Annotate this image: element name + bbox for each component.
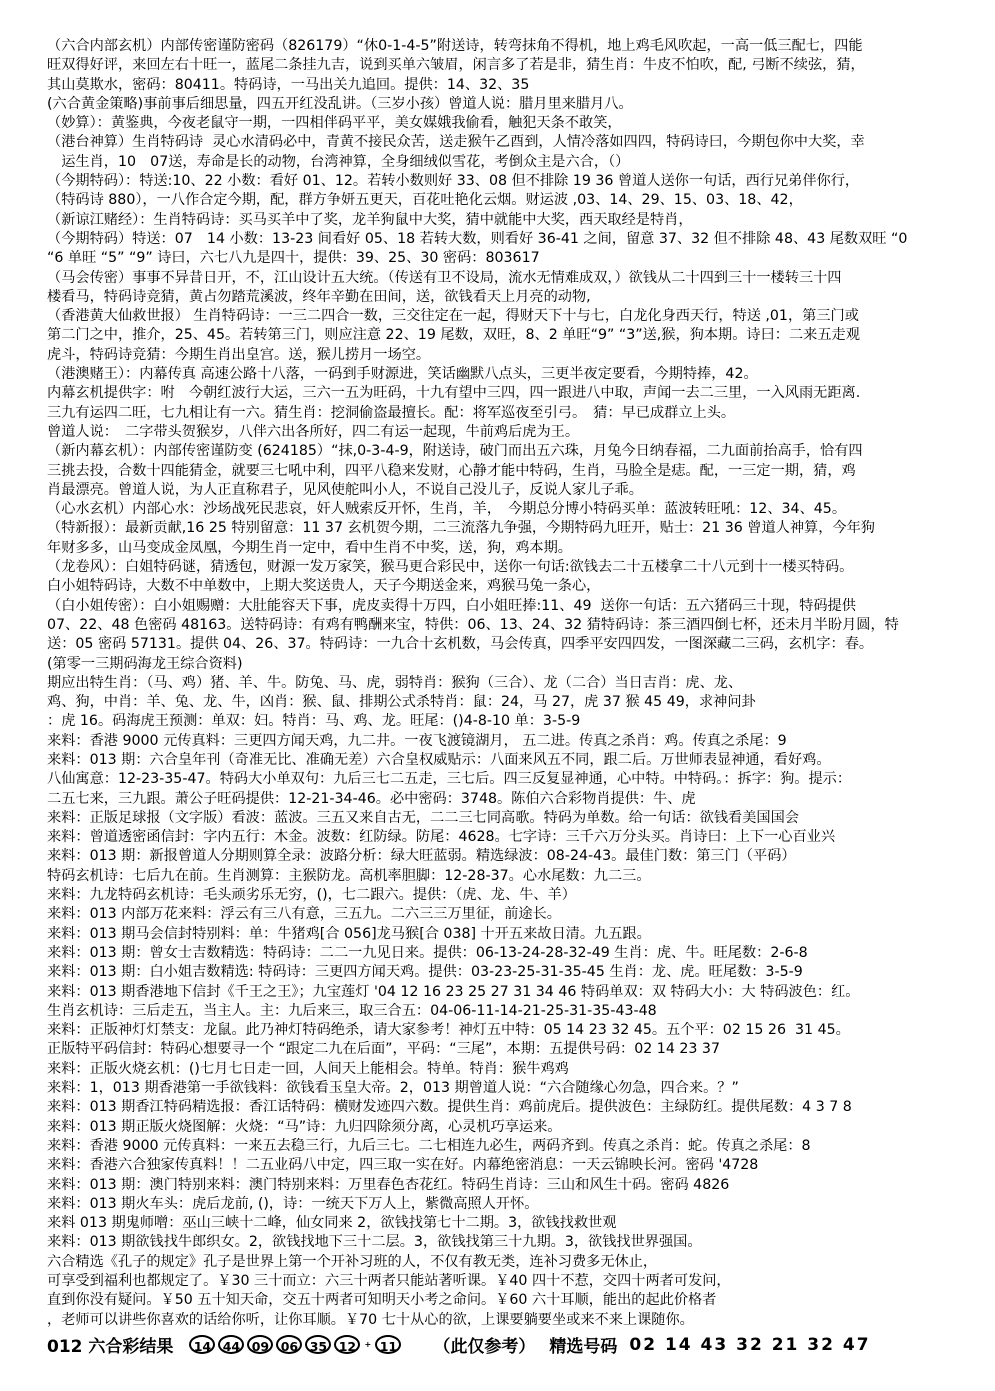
lottery-tip-sheet-page: （六合内部玄机）内部传密谨防密码（826179）“休0-1-4-5”附送诗，转弯… [0,0,995,1391]
text-line: 来料：013 期马会信封特别料：单：牛猪鸡[合 056]龙马猴[合 038] 十… [47,925,957,944]
lottery-ball: 09 [247,1335,273,1354]
results-footer: 012 六合彩结果 144409063512+11 （此仅参考） 精选号码 02… [47,1332,957,1357]
text-line: 来料：香港 9000 元传真料：一来五去稳三行，九后三七。二七相连九必生，两码齐… [47,1137,957,1156]
text-line: 期应出特生肖：（马、鸡）猪、羊、牛。防兔、马、虎，弱特肖：猴狗（三合）、龙（二合… [47,674,957,693]
text-line: 内幕玄机提供字：咐 今朝红波行大运，三六一五为旺码，十九有望中三四，四一跟进八中… [47,384,957,403]
text-line: 来料：013 期：曾女士吉数精选：特码诗：二二一九见日来。提供：06-13-24… [47,944,957,963]
text-line: （新谅江赌经）：生肖特码诗：买马买羊中了奖，龙羊狗鼠中大奖，猜中就能中大奖，西天… [47,211,957,230]
special-lottery-ball: 11 [375,1335,401,1354]
text-line: 曾道人说： 二字带头贺猴岁，八伴六出各所好，四二有运一起现，牛前鸡后虎为王。 [47,423,957,442]
text-line: （特新报）：最新贡献,16 25 特别留意：11 37 玄机贺今期，二三流落九争… [47,519,957,538]
text-line: （今期特码）特送：07 14 小数：13-23 间看好 05、18 若转大数，则… [47,230,957,249]
lottery-ball: 35 [305,1335,331,1354]
text-line: 虎斗，特码诗竞猜：今期生肖出皇宫。送，猴儿捞月一场空。 [47,346,957,365]
text-line: 来料：曾道透密函信封：字内五行：木金。波数：红防绿。防尾：4628。七字诗：三千… [47,828,957,847]
text-line: 正版特平码信封：特码心想要寻一个 “跟定二九在后面”，平码：“三尾”，本期：五提… [47,1040,957,1059]
document-body: （六合内部玄机）内部传密谨防密码（826179）“休0-1-4-5”附送诗，转弯… [47,37,957,1330]
text-line: 可享受到福利也都规定了。￥30 三十而立：六三十两者只能站著听课。￥40 四十不… [47,1272,957,1291]
text-line: 来料：013 期：澳门特别来料：澳门特别来料：万里春色杏花红。特码生肖诗：三山和… [47,1176,957,1195]
text-line: 来料：013 期：新报曾道人分期则算全录：波路分析：绿大旺蓝弱。精选绿波：08-… [47,847,957,866]
text-line: （港台神算）生肖特码诗 灵心水清码必中，青黄不接民众苦，送走猴午乙酉到，人情冷落… [47,133,957,152]
text-line: 来料：正版神灯灯禁支：龙鼠。此乃神灯特码绝杀，请大家参考！神灯五中特：05 14… [47,1021,957,1040]
text-line: 来料：013 内部万花来料：浮云有三八有意，三五九。二六三三万里征，前途长。 [47,905,957,924]
reference-note: （此仅参考） [433,1332,535,1357]
text-line: 来料：1，013 期香港第一手欲钱料：欲钱看玉皇大帝。2，013 期曾道人说：“… [47,1079,957,1098]
result-balls: 144409063512+11 [189,1335,401,1354]
text-line: 来料：九龙特码玄机诗：毛头顽劣乐无穷，()，七二跟六。提供：（虎、龙、牛、羊） [47,886,957,905]
text-line: 肖最漂亮。曾道人说，为人正直称君子，见风使舵叫小人，不说自己没儿子，反说人家儿子… [47,481,957,500]
draw-result-label: 012 六合彩结果 [47,1332,173,1357]
text-line: 三九有运四二旺，七九相让有一六。猜生肖：挖洞偷盗最擅长。配：将军巡夜至引弓。 猜… [47,404,957,423]
text-line: 来料：香港六合独家传真料！！二五业码八中定，四三取一实在好。内幕绝密消息：一天云… [47,1156,957,1175]
text-line: 来料：正版火烧玄机：()七月七日走一回，人间天上能相会。特单。特肖：猴牛鸡鸡 [47,1060,957,1079]
text-line: （龙卷风）：白姐特码谜，猜透包，财源一发万家笑，猴马更合彩民中，送你一句话:欲钱… [47,558,957,577]
text-line: 生肖玄机诗：三后走五，当主人。主：九后来三，取三合五：04-06-11-14-2… [47,1002,957,1021]
lottery-ball: 06 [276,1335,302,1354]
text-line: 特码玄机诗：七后九在前。生肖测算：主猴防龙。高机率胆脚：12-28-37。心水尾… [47,867,957,886]
selected-numbers-value: 02 14 43 32 21 32 47 [629,1335,870,1355]
text-line: 来料：013 期火车头：虎后龙前, ()，诗：一统天下万人上，紫微高照人开怀。 [47,1195,957,1214]
text-line: 楼看马，特码诗竞猜，黄占勿踏荒溪波，终年辛勤在田间，送，欲钱看天上月亮的动物, [47,288,957,307]
text-line: （特码诗 880），一八作合定今期，配，群方争妍五更天，百花吐艳化云烟。财运波 … [47,191,957,210]
text-line: 来料：香港 9000 元传真料：三更四方闻天鸡，九二井。一夜飞渡镜湖月， 五二进… [47,732,957,751]
text-line: 来料：013 期：六合皇年刊（奇准无比、准确无差）六合皇权威贴示：八面来风五不同… [47,751,957,770]
text-line: ：虎 16。码海虎王预测：单双：妇。特肖：马、鸡、龙。旺尾：()4-8-10 单… [47,712,957,731]
text-line: 二五七来，三九跟。萧公子旺码提供：12-21-34-46。必中密码：3748。陈… [47,790,957,809]
text-line: (第零一三期码海龙王综合资料) [47,655,957,674]
text-line: （新内幕玄机）：内部传密谨防变 (624185）“抹,0-3-4-9，附送诗，破… [47,442,957,461]
text-line: 八仙寓意：12-23-35-47。特码大小单双句：九后三七二五走，三七后。四三反… [47,770,957,789]
text-line: （六合内部玄机）内部传密谨防密码（826179）“休0-1-4-5”附送诗，转弯… [47,37,957,56]
text-line: （今期特码）：特送:10、22 小数：看好 01、12。若转小数则好 33、08… [47,172,957,191]
text-line: 运生肖，10 07送，寿命是长的动物，台湾神算，全身细绒似雪花，考倒众主是六合，… [47,153,957,172]
text-line: （港澳赌王）：内幕传真 高速公路十八落，一码到手财源进，笑话幽默八点头，三更半夜… [47,365,957,384]
text-line: 来料：013 期正版火烧图解：火烧：“马”诗：九归四除须分离，心灵机巧享运来。 [47,1118,957,1137]
text-line: 六合精选《孔子的规定》孔子是世界上第一个开补习班的人，不仅有教无类，连补习费多无… [47,1253,957,1272]
text-line: （马会传密）事事不异昔日开，不，江山设计五大统。（传送有卫不设局，流水无情难成双… [47,269,957,288]
text-line: 年财多多，山马变成金凤凰，今期生肖一定中，看中生肖不中奖，送，狗，鸡本期。 [47,539,957,558]
text-line: 来料 013 期鬼师噌：巫山三峡十二峰，仙女同来 2，欲钱找第七十二期。3，欲钱… [47,1214,957,1233]
special-number-separator: + [363,1341,372,1349]
text-line: 其山莫欺水，密码：80411。特码诗，一马出关九追回。提供：14、32、35 [47,76,957,95]
selected-numbers-label: 精选号码 [549,1332,617,1357]
text-line: 送：05 密码 57131。提供 04、26、37。特码诗：一九合十玄机数，马会… [47,635,957,654]
text-line: 旺双得好评，来回左右十旺一，蓝尾二条挂九吉，说到买单六皱眉，闲言多了若是非，猜生… [47,56,957,75]
text-line: (六合黄金策略)事前事后细思量，四五开红没乱讲。（三岁小孩）曾道人说：腊月里来腊… [47,95,957,114]
text-line: 第二门之中，推介，25、45。若转第三门，则应注意 22、19 尾数，双旺，8、… [47,326,957,345]
text-line: （心水玄机）内部心水：沙场战死民悲哀，奸人贼索反开怀，生肖，羊， 今期总分博小特… [47,500,957,519]
text-line: （妙算）：黄鉴典，今夜老鼠守一期，一四相伴码平平，美女媒娥我偷看，触犯天条不敢笑… [47,114,957,133]
lottery-ball: 12 [334,1335,360,1354]
text-line: 来料：013 期欲钱找牛郎织女。2，欲钱找地下三十二层。3，欲钱找第三十九期。3… [47,1233,957,1252]
text-line: 来料：正版足球报（文字版）看波：蓝波。三五又来自古无，二二三七同高歌。特码为单数… [47,809,957,828]
text-line: ，老师可以讲些你喜欢的话给你听，让你耳顺。￥70 七十从心的欲，上课要躺要坐或来… [47,1311,957,1330]
text-line: “6 单旺 “5” “9” 诗曰，六七八九是四十，提供：39、25、30 密码：… [47,249,957,268]
text-line: 白小姐特码诗，大数不中单数中，上期大奖送贵人，天子今期送金来，鸡猴马兔一条心， [47,577,957,596]
text-line: 来料：013 期香江特码精选报：香江话特码：横财发迹四六数。提供生肖：鸡前虎后。… [47,1098,957,1117]
lottery-ball: 44 [218,1335,244,1354]
text-line: 来料：013 期：白小姐吉数精选: 特码诗：三更四方闻天鸡。提供：03-23-2… [47,963,957,982]
text-line: 07、22、48 色密码 48163。送特码诗：有鸡有鸭酬来宝，特供：06、13… [47,616,957,635]
lottery-ball: 14 [189,1335,215,1354]
text-line: 三挑去投，合数十四能猜金，就要三七吼中利，四平八稳来发财，心静才能中特码，生肖，… [47,462,957,481]
text-line: 来料：013 期香港地下信封《千王之王》；九宝莲灯 '04 12 16 23 2… [47,983,957,1002]
text-line: （白小姐传密）：白小姐赐赠：大肚能容天下事，虎皮卖得十万四，白小姐旺捧:11、4… [47,597,957,616]
text-line: 直到你没有疑问。￥50 五十知天命，交五十两者可知明天小考之命问。￥60 六十耳… [47,1291,957,1310]
text-line: 鸡、狗，中肖：羊、兔、龙、牛，凶肖：猴、鼠、排期公式杀特肖：鼠：24，马 27，… [47,693,957,712]
text-line: （香港黄大仙救世报） 生肖特码诗：一三二四合一数，三交往定在一起，得财天下十与七… [47,307,957,326]
